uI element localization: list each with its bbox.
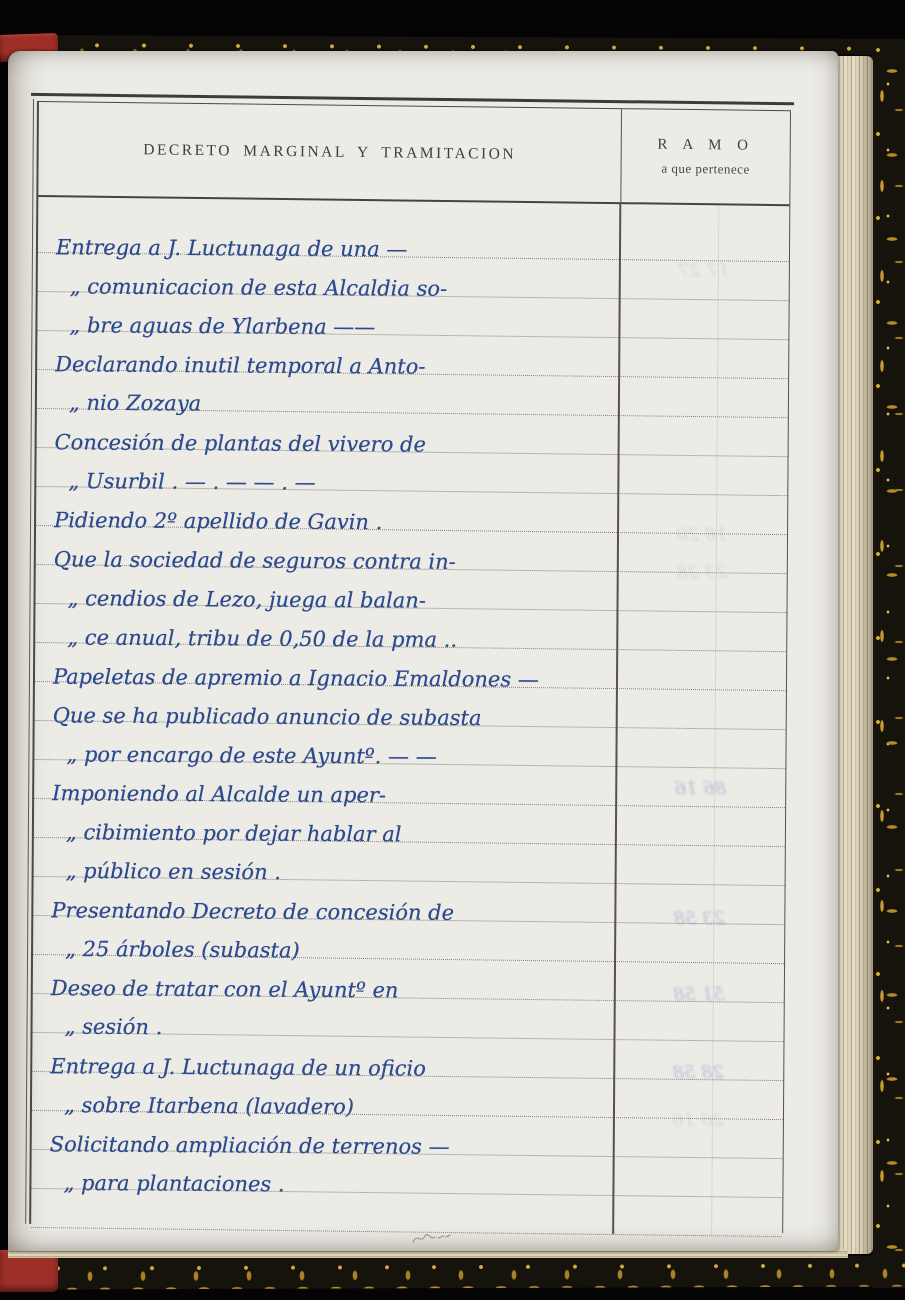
handwritten-line: „ público en sesión .	[34, 861, 281, 884]
handwritten-line: Imponiendo al Alcalde un aper-	[34, 783, 386, 806]
ruled-row: Entrega a J. Luctunaga de una —	[38, 197, 789, 262]
ruled-row: Presentando Decreto de concesión de	[33, 877, 784, 925]
handwritten-line: Solicitando ampliación de terrenos —	[32, 1134, 450, 1158]
table-header: DECRETO MARGINAL Y TRAMITACION R A M O a…	[38, 101, 790, 206]
ruled-row: Solicitando ampliación de terrenos —	[32, 1111, 783, 1159]
handwritten-line: „ cibimiento por dejar hablar al	[34, 822, 402, 845]
ruled-row: Deseo de tratar con el Ayuntº en	[33, 955, 784, 1003]
stacked-page-edges-right	[836, 56, 873, 1254]
handwritten-line: Entrega a J. Luctunaga de un oficio	[32, 1056, 426, 1079]
ruled-row: „ público en sesión .	[34, 838, 785, 886]
handwritten-line: „ comunicacion de esta Alcaldia so-	[38, 276, 447, 300]
ramo-column-subtitle: a que pertenece	[661, 160, 749, 177]
register-table: DECRETO MARGINAL Y TRAMITACION R A M O a…	[29, 101, 791, 1233]
header-cell-ramo: R A M O a que pertenece	[620, 109, 790, 204]
ruled-row	[31, 1189, 782, 1237]
ruled-row: Declarando inutil temporal a Anto-	[37, 331, 788, 379]
ruled-row: „ comunicacion de esta Alcaldia so-	[38, 253, 789, 301]
register-page: DECRETO MARGINAL Y TRAMITACION R A M O a…	[8, 51, 838, 1251]
header-cell-decreto: DECRETO MARGINAL Y TRAMITACION	[38, 102, 621, 202]
handwritten-line: „ Usurbil . — . — — . —	[36, 471, 315, 494]
marbled-cover-bottom-edge	[52, 1256, 905, 1290]
ruled-row: Concesión de plantas del vivero de	[37, 409, 788, 457]
ruled-row: Entrega a J. Luctunaga de un oficio	[32, 1033, 783, 1081]
handwritten-line: Declarando inutil temporal a Anto-	[37, 354, 425, 377]
handwritten-line: Presentando Decreto de concesión de	[33, 900, 454, 924]
handwritten-line: Papeletas de apremio a Ignacio Emaldones…	[35, 667, 539, 691]
handwritten-line: Entrega a J. Luctunaga de una —	[38, 237, 407, 260]
handwritten-line: „ sobre Itarbena (lavadero)	[32, 1095, 354, 1118]
handwritten-line: „ cendios de Lezo, juega al balan-	[36, 588, 426, 611]
ruled-row: Que la sociedad de seguros contra in-	[36, 526, 787, 574]
pencil-mark	[410, 1229, 452, 1247]
marbled-cover-right-edge	[872, 40, 905, 1288]
handwritten-line: Concesión de plantas del vivero de	[37, 432, 426, 455]
ruled-row: „ cibimiento por dejar hablar al	[34, 799, 785, 847]
rows: Entrega a J. Luctunaga de una —„ comunic…	[31, 197, 789, 1237]
handwritten-line: „ nio Zozaya	[37, 393, 201, 415]
ruled-row: „ sesión .	[32, 994, 783, 1042]
handwritten-line: Pidiendo 2º apellido de Gavin .	[36, 510, 382, 533]
table-body: Entrega a J. Luctunaga de una —„ comunic…	[31, 197, 789, 1236]
handwritten-line: Que se ha publicado anuncio de subasta	[35, 705, 482, 729]
decreto-column-title: DECRETO MARGINAL Y TRAMITACION	[143, 141, 516, 164]
handwritten-line: Que la sociedad de seguros contra in-	[36, 549, 456, 573]
ramo-column-title: R A M O	[657, 136, 754, 154]
handwritten-line: „ bre aguas de Ylarbena ——	[37, 315, 375, 338]
ruled-row: Pidiendo 2º apellido de Gavin .	[36, 487, 787, 535]
scanned-register-page: DECRETO MARGINAL Y TRAMITACION R A M O a…	[0, 0, 905, 1300]
handwritten-line: Deseo de tratar con el Ayuntº en	[33, 978, 399, 1001]
handwritten-line: „ por encargo de este Ayuntº. — —	[34, 744, 436, 767]
handwritten-line: „ ce anual, tribu de 0,50 de la pma ..	[35, 627, 457, 651]
handwritten-line: „ sesión .	[33, 1016, 163, 1038]
handwritten-line: „ 25 árboles (subasta)	[33, 939, 300, 962]
handwritten-line: „ para plantaciones .	[31, 1173, 284, 1196]
